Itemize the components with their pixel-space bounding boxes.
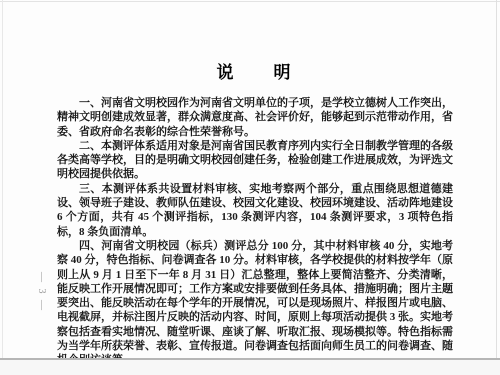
- document-page: 说 明 一、河南省文明校园作为河南省文明单位的子项，是学校立德树人工作突出，精神…: [0, 0, 500, 375]
- paragraph-1: 一、河南省文明校园作为河南省文明单位的子项，是学校立德树人工作突出，精神文明创建…: [57, 96, 453, 139]
- scan-background-below-page: [0, 360, 500, 375]
- paragraph-3: 三、本测评体系共设置材料审核、实地考察两个部分，重点围绕思想道德建设、领导班子建…: [57, 182, 453, 239]
- page-edge-right: [496, 0, 497, 360]
- page-edge-top: [0, 1, 500, 2]
- document-body: 一、河南省文明校园作为河南省文明单位的子项，是学校立德树人工作突出，精神文明创建…: [57, 96, 453, 368]
- page-edge-left: [2, 0, 3, 360]
- paragraph-2: 二、本测评体系适用对象是河南省国民教育序列内实行全日制教学管理的各级各类高等学校…: [57, 139, 453, 182]
- page-number: — 3 —: [36, 272, 47, 332]
- page-title: 说 明: [57, 58, 452, 83]
- paragraph-4: 四、河南省文明校园（标兵）测评总分 100 分，其中材料审核 40 分，实地考察…: [57, 239, 453, 368]
